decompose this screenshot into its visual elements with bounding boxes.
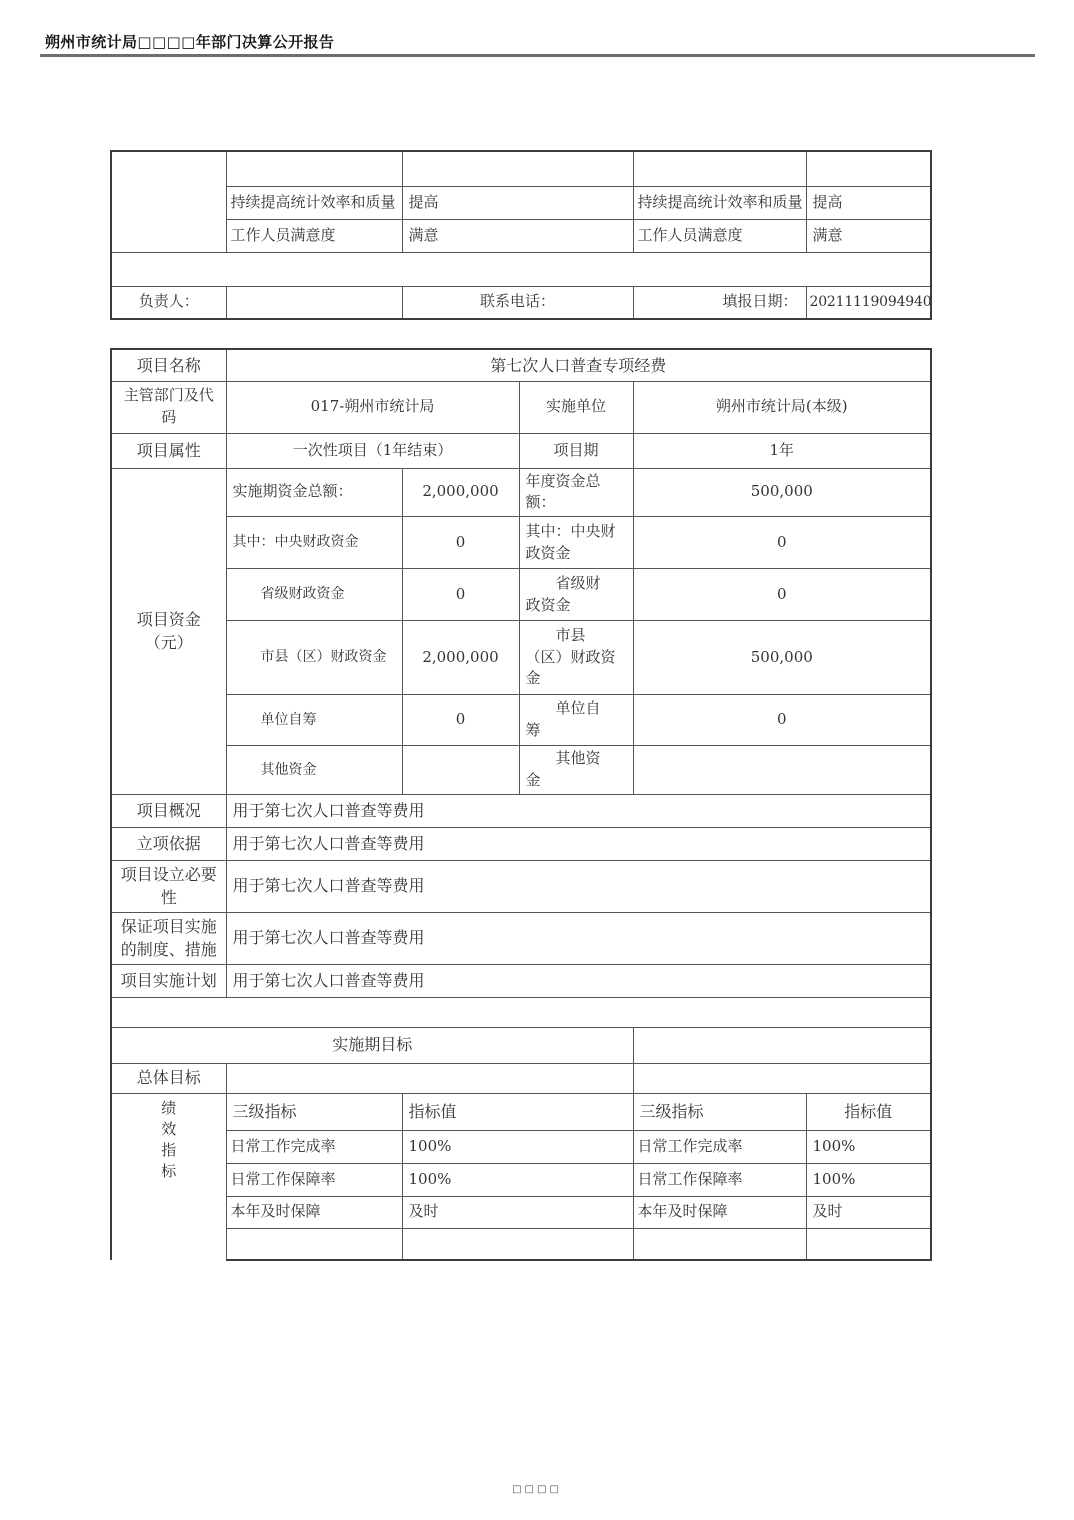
project-period-value: 1年 bbox=[633, 433, 931, 468]
funds-row-label: 其他资 金 bbox=[519, 746, 633, 795]
funds-row-value: 0 bbox=[633, 517, 931, 569]
empty-side-cell bbox=[111, 151, 226, 252]
empty-cell bbox=[633, 1063, 931, 1093]
desc-row-value: 用于第七次人口普查等费用 bbox=[226, 964, 931, 997]
funds-row-label: 省级财政资金 bbox=[226, 569, 402, 621]
performance-indicator-label: 绩 效 指 标 bbox=[111, 1093, 226, 1260]
indicator-label: 持续提高统计效率和质量 bbox=[226, 186, 402, 219]
funds-row-value: 0 bbox=[402, 517, 519, 569]
indicator-value: 满意 bbox=[806, 219, 931, 252]
table-row: 总体目标 bbox=[111, 1063, 931, 1093]
funds-row-value bbox=[402, 746, 519, 795]
desc-row-label: 项目设立必要 性 bbox=[111, 860, 226, 912]
funds-row-value: 0 bbox=[402, 569, 519, 621]
table-row: 日常工作完成率 100% 日常工作完成率 100% bbox=[111, 1130, 931, 1163]
table-row: 保证项目实施 的制度、措施 用于第七次人口普查等费用 bbox=[111, 912, 931, 964]
table-row: 工作人员满意度 满意 工作人员满意度 满意 bbox=[111, 219, 931, 252]
project-funds-label: 项目资金 （元） bbox=[111, 468, 226, 794]
impl-period-goal-label: 实施期目标 bbox=[111, 1027, 633, 1063]
funds-row-label: 市县（区）财政资金 bbox=[226, 621, 402, 695]
indicator-value: 及时 bbox=[402, 1196, 633, 1228]
desc-row-label: 项目概况 bbox=[111, 794, 226, 827]
indicator-label: 日常工作保障率 bbox=[226, 1163, 402, 1196]
table-row: 负责人： 联系电话： 填报日期： 20211119094940 bbox=[111, 286, 931, 319]
desc-row-value: 用于第七次人口普查等费用 bbox=[226, 912, 931, 964]
fill-date-label: 填报日期： bbox=[633, 286, 806, 319]
header-divider bbox=[40, 54, 1035, 57]
funds-row-value: 0 bbox=[402, 695, 519, 746]
table-row bbox=[111, 252, 931, 286]
impl-unit-value: 朔州市统计局(本级) bbox=[633, 381, 931, 433]
table-row: 实施期目标 bbox=[111, 1027, 931, 1063]
empty-cell bbox=[806, 151, 931, 186]
empty-cell bbox=[402, 1228, 633, 1260]
table-row: 市县（区）财政资金 2,000,000 市县 （区）财政资 金 500,000 bbox=[111, 621, 931, 695]
funds-row-label: 其中：中央财政资金 bbox=[226, 517, 402, 569]
table-row: 省级财政资金 0 省级财 政资金 0 bbox=[111, 569, 931, 621]
funds-row-label: 省级财 政资金 bbox=[519, 569, 633, 621]
table-row: 其他资金 其他资 金 bbox=[111, 746, 931, 795]
funds-row-label: 市县 （区）财政资 金 bbox=[519, 621, 633, 695]
project-attr-value: 一次性项目（1年结束） bbox=[226, 433, 519, 468]
indicator-label: 工作人员满意度 bbox=[633, 219, 806, 252]
funds-row-value: 500,000 bbox=[633, 621, 931, 695]
table-row: 项目资金 （元） 实施期资金总额： 2,000,000 年度资金总 额： 500… bbox=[111, 468, 931, 517]
empty-row-cell bbox=[111, 252, 931, 286]
table-row: 项目实施计划 用于第七次人口普查等费用 bbox=[111, 964, 931, 997]
indicator-header-value: 指标值 bbox=[806, 1093, 931, 1130]
indicator-label: 日常工作完成率 bbox=[226, 1130, 402, 1163]
fill-date-value: 20211119094940 bbox=[806, 286, 931, 319]
table-row: 其中：中央财政资金 0 其中：中央财 政资金 0 bbox=[111, 517, 931, 569]
funds-row-value: 0 bbox=[633, 695, 931, 746]
indicator-label: 本年及时保障 bbox=[633, 1196, 806, 1228]
table-row: 项目名称 第七次人口普查专项经费 bbox=[111, 349, 931, 381]
indicator-value: 100% bbox=[806, 1130, 931, 1163]
funds-row-label: 其他资金 bbox=[226, 746, 402, 795]
project-attr-label: 项目属性 bbox=[111, 433, 226, 468]
performance-summary-table: 持续提高统计效率和质量 提高 持续提高统计效率和质量 提高 工作人员满意度 满意… bbox=[110, 150, 932, 320]
table-row: 主管部门及代 码 017-朔州市统计局 实施单位 朔州市统计局(本级) bbox=[111, 381, 931, 433]
indicator-value: 及时 bbox=[806, 1196, 931, 1228]
funds-row-label: 单位自 筹 bbox=[519, 695, 633, 746]
project-name-label: 项目名称 bbox=[111, 349, 226, 381]
table-row: 单位自筹 0 单位自 筹 0 bbox=[111, 695, 931, 746]
page-number-footer: □□□□ bbox=[0, 1484, 1074, 1495]
document-page: 朔州市统计局□□□□年部门决算公开报告 持续提高统计效率和质量 提高 持续提高统… bbox=[0, 0, 1074, 1520]
indicator-value: 100% bbox=[402, 1130, 633, 1163]
empty-cell bbox=[633, 1027, 931, 1063]
indicator-header-level3: 三级指标 bbox=[226, 1093, 402, 1130]
indicator-value: 提高 bbox=[806, 186, 931, 219]
indicator-label: 工作人员满意度 bbox=[226, 219, 402, 252]
table-row bbox=[111, 151, 931, 186]
project-name-value: 第七次人口普查专项经费 bbox=[226, 349, 931, 381]
table-row: 项目属性 一次性项目（1年结束） 项目期 1年 bbox=[111, 433, 931, 468]
indicator-header-value: 指标值 bbox=[402, 1093, 633, 1130]
indicator-header-level3: 三级指标 bbox=[633, 1093, 806, 1130]
indicator-label: 日常工作完成率 bbox=[633, 1130, 806, 1163]
dept-code-label: 主管部门及代 码 bbox=[111, 381, 226, 433]
empty-row-cell bbox=[111, 997, 931, 1027]
funds-row-value: 0 bbox=[633, 569, 931, 621]
funds-row-label: 其中：中央财 政资金 bbox=[519, 517, 633, 569]
table-row: 本年及时保障 及时 本年及时保障 及时 bbox=[111, 1196, 931, 1228]
desc-row-value: 用于第七次人口普查等费用 bbox=[226, 794, 931, 827]
funds-row-value bbox=[633, 746, 931, 795]
indicator-label: 本年及时保障 bbox=[226, 1196, 402, 1228]
funds-row-label: 单位自筹 bbox=[226, 695, 402, 746]
indicator-value: 提高 bbox=[402, 186, 633, 219]
empty-cell bbox=[806, 1228, 931, 1260]
overall-goal-label: 总体目标 bbox=[111, 1063, 226, 1093]
desc-row-value: 用于第七次人口普查等费用 bbox=[226, 827, 931, 860]
funds-row-label: 实施期资金总额： bbox=[226, 468, 402, 517]
indicator-value: 100% bbox=[806, 1163, 931, 1196]
desc-row-label: 保证项目实施 的制度、措施 bbox=[111, 912, 226, 964]
impl-unit-label: 实施单位 bbox=[519, 381, 633, 433]
funds-row-value: 2,000,000 bbox=[402, 468, 519, 517]
dept-code-value: 017-朔州市统计局 bbox=[226, 381, 519, 433]
funds-row-label: 年度资金总 额： bbox=[519, 468, 633, 517]
desc-row-value: 用于第七次人口普查等费用 bbox=[226, 860, 931, 912]
table-row: 项目设立必要 性 用于第七次人口普查等费用 bbox=[111, 860, 931, 912]
table-row: 立项依据 用于第七次人口普查等费用 bbox=[111, 827, 931, 860]
funds-row-value: 500,000 bbox=[633, 468, 931, 517]
indicator-label: 日常工作保障率 bbox=[633, 1163, 806, 1196]
table-row bbox=[111, 997, 931, 1027]
empty-cell bbox=[226, 1228, 402, 1260]
funds-row-value: 2,000,000 bbox=[402, 621, 519, 695]
project-detail-table: 项目名称 第七次人口普查专项经费 主管部门及代 码 017-朔州市统计局 实施单… bbox=[110, 348, 932, 1261]
empty-cell bbox=[633, 151, 806, 186]
responsible-person-label: 负责人： bbox=[111, 286, 226, 319]
table-row: 项目概况 用于第七次人口普查等费用 bbox=[111, 794, 931, 827]
empty-cell bbox=[226, 151, 402, 186]
project-period-label: 项目期 bbox=[519, 433, 633, 468]
table-row: 日常工作保障率 100% 日常工作保障率 100% bbox=[111, 1163, 931, 1196]
desc-row-label: 立项依据 bbox=[111, 827, 226, 860]
indicator-value: 满意 bbox=[402, 219, 633, 252]
table-row: 持续提高统计效率和质量 提高 持续提高统计效率和质量 提高 bbox=[111, 186, 931, 219]
empty-cell bbox=[402, 151, 633, 186]
contact-phone-label: 联系电话： bbox=[402, 286, 633, 319]
table-row bbox=[111, 1228, 931, 1260]
document-title: 朔州市统计局□□□□年部门决算公开报告 bbox=[45, 31, 334, 52]
table-row: 绩 效 指 标 三级指标 指标值 三级指标 指标值 bbox=[111, 1093, 931, 1130]
indicator-label: 持续提高统计效率和质量 bbox=[633, 186, 806, 219]
indicator-value: 100% bbox=[402, 1163, 633, 1196]
desc-row-label: 项目实施计划 bbox=[111, 964, 226, 997]
overall-goal-value bbox=[226, 1063, 633, 1093]
empty-cell bbox=[633, 1228, 806, 1260]
responsible-person-value bbox=[226, 286, 402, 319]
